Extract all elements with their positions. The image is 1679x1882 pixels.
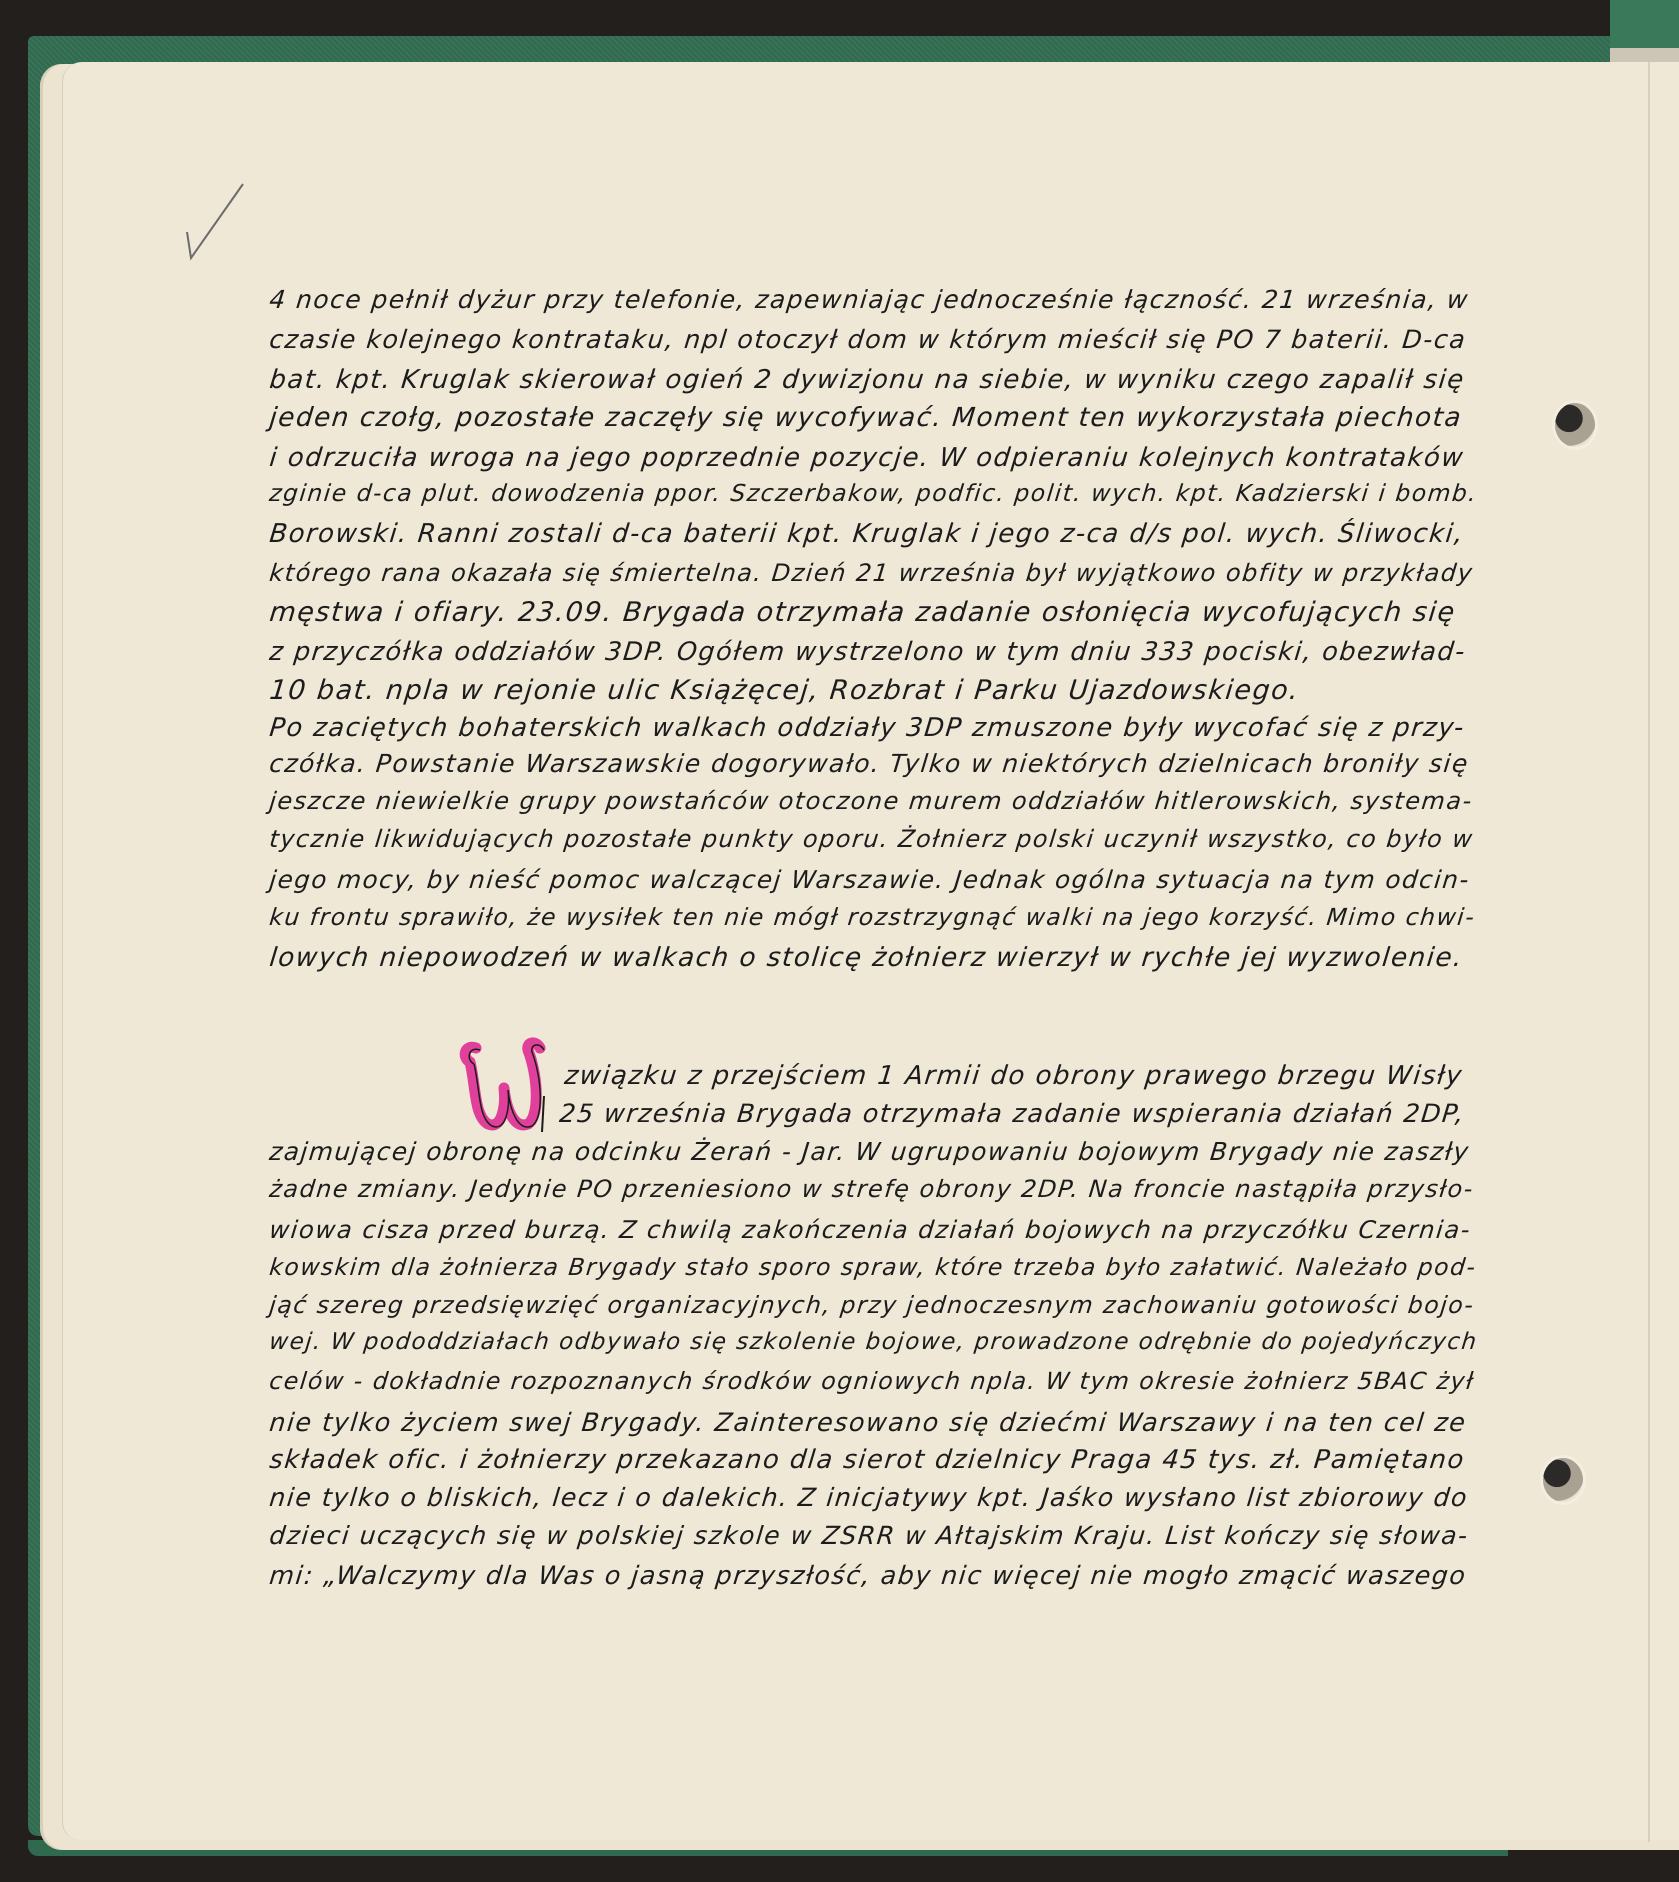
text-line: 4 noce pełnił dyżur przy telefonie, zape… <box>268 285 1470 314</box>
punch-hole-icon <box>1555 403 1595 447</box>
text-line: jeszcze niewielkie grupy powstańców otoc… <box>268 787 1474 815</box>
text-line: tycznie likwidujących pozostałe punkty o… <box>268 825 1475 853</box>
text-line: z przyczółka oddziałów 3DP. Ogółem wystr… <box>268 637 1467 667</box>
text-line: zajmującej obronę na odcinku Żerań - Jar… <box>268 1137 1471 1166</box>
text-line: którego rana okazała się śmiertelna. Dzi… <box>268 559 1475 587</box>
text-line: związku z przejściem 1 Armii do obrony p… <box>563 1061 1464 1091</box>
text-line: wiowa cisza przed burzą. Z chwilą zakońc… <box>268 1215 1473 1244</box>
text-line: czółka. Powstanie Warszawskie dogorywało… <box>268 749 1470 778</box>
text-line: lowych niepowodzeń w walkach o stolicę ż… <box>268 943 1465 973</box>
text-line: czasie kolejnego kontrataku, npl otoczył… <box>268 325 1468 354</box>
text-line: 25 września Brygada otrzymała zadanie ws… <box>558 1099 1467 1128</box>
text-line: i odrzuciła wroga na jego poprzednie poz… <box>268 443 1466 473</box>
text-line: dzieci uczących się w polskiej szkole w … <box>268 1521 1470 1550</box>
text-line: składek ofic. i żołnierzy przekazano dla… <box>268 1445 1466 1475</box>
text-line: mi: „Walczymy dla Was o jasną przyszłość… <box>268 1561 1468 1590</box>
text-line: żadne zmiany. Jedynie PO przeniesiono w … <box>268 1175 1475 1203</box>
page-fold-line <box>1648 62 1650 1842</box>
text-line: celów - dokładnie rozpoznanych środków o… <box>268 1367 1476 1395</box>
text-line: ku frontu sprawiło, że wysiłek ten nie m… <box>268 903 1477 931</box>
text-line: wej. W pododdziałach odbywało się szkole… <box>268 1329 1479 1355</box>
text-line: nie tylko życiem swej Brygady. Zainteres… <box>268 1407 1468 1437</box>
text-line: bat. kpt. Kruglak skierował ogień 2 dywi… <box>268 365 1466 395</box>
text-line: jąć szereg przedsięwzięć organizacyjnych… <box>268 1291 1476 1319</box>
text-line: kowskim dla żołnierza Brygady stało spor… <box>268 1253 1478 1281</box>
text-line: 10 bat. npla w rejonie ulic Książęcej, R… <box>268 675 1301 706</box>
checkmark-icon <box>185 182 245 262</box>
text-line: męstwa i ofiary. 23.09. Brygada otrzymał… <box>268 597 1457 628</box>
punch-hole-icon <box>1543 1458 1583 1502</box>
adjacent-binders <box>1610 0 1679 62</box>
text-line: jeden czołg, pozostałe zaczęły się wycof… <box>268 403 1464 433</box>
text-line: Borowski. Ranni zostali d-ca baterii kpt… <box>268 519 1466 549</box>
adjacent-pages <box>1610 48 1679 62</box>
text-line: zginie d-ca plut. dowodzenia ppor. Szcze… <box>268 479 1479 507</box>
text-line: jego mocy, by nieść pomoc walczącej Wars… <box>268 865 1471 894</box>
text-line: nie tylko o bliskich, lecz i o dalekich.… <box>268 1483 1470 1512</box>
drop-cap-w-icon <box>458 1036 550 1136</box>
text-line: Po zaciętych bohaterskich walkach oddzia… <box>268 713 1466 743</box>
